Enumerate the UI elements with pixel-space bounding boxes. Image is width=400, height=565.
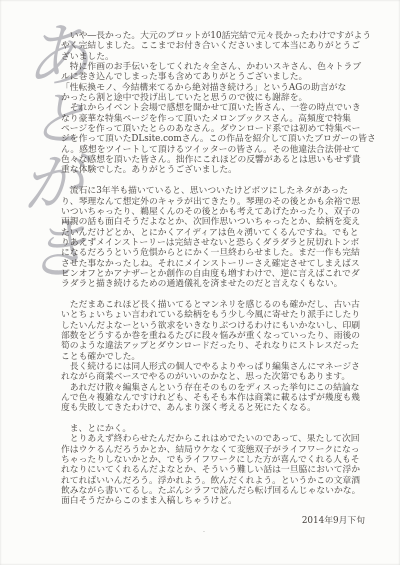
text-line: 度も失敗してきたわけで、あんまり深く考えると死にたくなる。	[61, 403, 375, 413]
text-line: 飲みながら書いてるし。たぶんシラフで読んだら転げ回るんじゃないかな。	[61, 486, 375, 496]
text-line: になるだろうという危惧からとにかく一旦終わらせました。まだ一作も完結	[61, 248, 375, 258]
text-line: いや―長かった。大元のプロットが10話完結で元々長かったわけですがよう	[61, 31, 375, 41]
text-line: りあえずメインストーリーは完結させないと恐らくダラダラと尻切れトンボ	[61, 238, 375, 248]
text-line: たいんだけどとか、とにかくアイディアは色々湧いてくるんですね。でもと	[61, 228, 375, 238]
text-line	[61, 176, 375, 186]
text-line: やく完結しました。ここまでお付き合いくださいまして本当にありがとうご	[61, 41, 375, 51]
text-line: 重な体験でした。ありがとうございました。	[61, 165, 375, 175]
text-line: ま、とにかく。	[61, 424, 375, 434]
text-line: なり豪華な特集ページを作って頂いたメロンブックスさん。高頻度で特集	[61, 114, 375, 124]
text-line: あれだけ散々編集さんという存在そのものをディスった挙句にこの結論な	[61, 383, 375, 393]
text-line: ことも確かでした。	[61, 352, 375, 362]
text-line: 流石に3年半も描いていると、思いついたけどボツにしたネタがあった	[61, 186, 375, 196]
text-line: ピンオフとかアナザーとか創作の自由度も増すわけで、逆に言えばこれでダ	[61, 269, 375, 279]
afterword-body: いや―長かった。大元のプロットが10話完結で元々長かったわけですがようやく完結し…	[61, 31, 375, 526]
text-line: かったら割と途中で投げ出していたと思うので彼にも謝辞を。	[61, 93, 375, 103]
text-line: 面白そうだからこのまま入稿しちゃうけど。	[61, 496, 375, 506]
text-line: させた事なかったしね。それにメインストーリーさえ確定させてしまえばス	[61, 259, 375, 269]
text-line: ちゃったりしないかとか、でもライフワークにした方が喜んでくれる人もそ	[61, 455, 375, 465]
date-line: 2014年9月下旬	[61, 516, 375, 526]
text-line: れてればいいんだろう。浮かれよう。飲んだくれよう。というかこの文章酒	[61, 476, 375, 486]
text-line: とりあえず終わらせたんだからこれはめでたいのであって、果たして次回	[61, 434, 375, 444]
text-line: 作はウケるんだろうかとか、結局ウケなくて変態双子がライフワークになっ	[61, 445, 375, 455]
text-line: ん。感想をツイートして頂けるツイッターの皆さん。その他違法合法併せて	[61, 145, 375, 155]
text-line: 両親の話も面白そうだよなとか、次回作思いついちゃったとか、絵柄を変え	[61, 217, 375, 227]
text-line: ざいました。	[61, 52, 375, 62]
text-line: 色々な感想を頂いた皆さん。拙作にこれほどの反響があるとは思いもせず貴	[61, 155, 375, 165]
text-line: ジを作って頂いたDLsite.comさん。この作品を紹介して頂いたブロガーの皆さ	[61, 134, 375, 144]
text-line: ラダラと描き続けるための通過儀礼を済ませたのだと言えなくもない。	[61, 279, 375, 289]
text-line: ただまあこれほど長く描いてるとマンネリを感じるのも確かだし、古い古	[61, 300, 375, 310]
text-line: 筍のような違法アップとダウンロードだったり、それなりにストレスだった	[61, 341, 375, 351]
text-line: いついちゃったり、鵜屋くんのその後とかも考えてあげたかったり、双子の	[61, 207, 375, 217]
afterword-page: あとがき いや―長かった。大元のプロットが10話完結で元々長かったわけですがよう…	[0, 0, 400, 565]
text-line: 特に作画のお手伝いをしてくれた々全さん、かわいスキさん、色々トラブ	[61, 62, 375, 72]
text-line	[61, 290, 375, 300]
text-line: いとちょいちょい言われている絵柄をもう少し今風に寄せたり派手にしたり	[61, 310, 375, 320]
text-line: 部数をどうするか巻を重ねるたびに段々悩みが重くなっていったり、雨後の	[61, 331, 375, 341]
text-line	[61, 414, 375, 424]
page-number-mark: ·	[196, 528, 212, 536]
text-line: 長く続けるには同人形式の個人でやるよりやっぱり編集さんにマネージさ	[61, 362, 375, 372]
text-line: んで色々複雑なんですけれども、そもそも本作は商業に載るはずが幾度も幾	[61, 393, 375, 403]
text-line: れながら商業ベースでやるのがいいのかなと、思った次第でもあります。	[61, 372, 375, 382]
text-line: れなりにいてくれるんだよなとか、そういう難しい話は一旦脇において浮か	[61, 465, 375, 475]
text-line: したいんだよなーという欲求をいきなりぶつけるわけにもいかないし、印刷	[61, 321, 375, 331]
text-line: ルに巻き込んでしまった事も含めてありがとうございました。	[61, 72, 375, 82]
text-line: それからイベント会場で感想を聞かせて頂いた皆さん、一巻の時点でいき	[61, 103, 375, 113]
text-line: ページを作って頂いたとらのあなさん。ダウンロード系では初めて特集ペー	[61, 124, 375, 134]
text-line: 「性転換モノ、今結構来てるから絶対描き続けろ」というAGの助言がな	[61, 83, 375, 93]
text-line: り、琴理なんて想定外のキャラが出てきたり。琴理のその後とかも余裕で思	[61, 197, 375, 207]
